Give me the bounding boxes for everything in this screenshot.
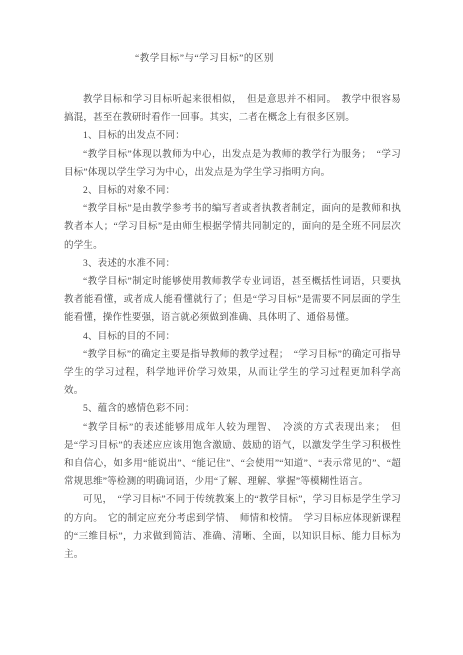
paragraph: 可见， “学习目标”不同于传统教案上的“教学目标”，学习目标是学生学习的方向。 …: [64, 491, 401, 564]
section-heading: 2、目标的对象不同：: [64, 182, 401, 200]
document-title: “教学目标”与“学习目标”的区别: [135, 53, 401, 65]
paragraph: 教学目标和学习目标听起来很相似， 但是意思并不相同。 教学中很容易搞混，甚至在教…: [64, 91, 401, 127]
section-heading: 5、蕴含的感情色彩不同：: [64, 400, 401, 418]
paragraph: “教学目标”体现以教师为中心，出发点是为教师的教学行为服务； “学习目标”体现以…: [64, 146, 401, 182]
section-heading: 4、目标的目的不同：: [64, 328, 401, 346]
section-heading: 1、目标的出发点不同：: [64, 127, 401, 145]
paragraph: “教学目标”制定时能够使用教师教学专业词语，甚至概括性词语，只要执教者能看懂，或…: [64, 273, 401, 328]
paragraph: “教学目标”是由教学参考书的编写者或者执教者制定，面向的是教师和执教者本人；“学…: [64, 200, 401, 255]
document-body: 教学目标和学习目标听起来很相似， 但是意思并不相同。 教学中很容易搞混，甚至在教…: [64, 91, 401, 564]
paragraph: “教学目标”的确定主要是指导教师的教学过程； “学习目标”的确定可指导学生的学习…: [64, 346, 401, 401]
paragraph: “教学目标”的表述能够用成年人较为理智、 冷淡的方式表现出来； 但是“学习目标”…: [64, 419, 401, 492]
section-heading: 3、表述的水准不同：: [64, 255, 401, 273]
document-page: “教学目标”与“学习目标”的区别 教学目标和学习目标听起来很相似， 但是意思并不…: [0, 0, 463, 655]
